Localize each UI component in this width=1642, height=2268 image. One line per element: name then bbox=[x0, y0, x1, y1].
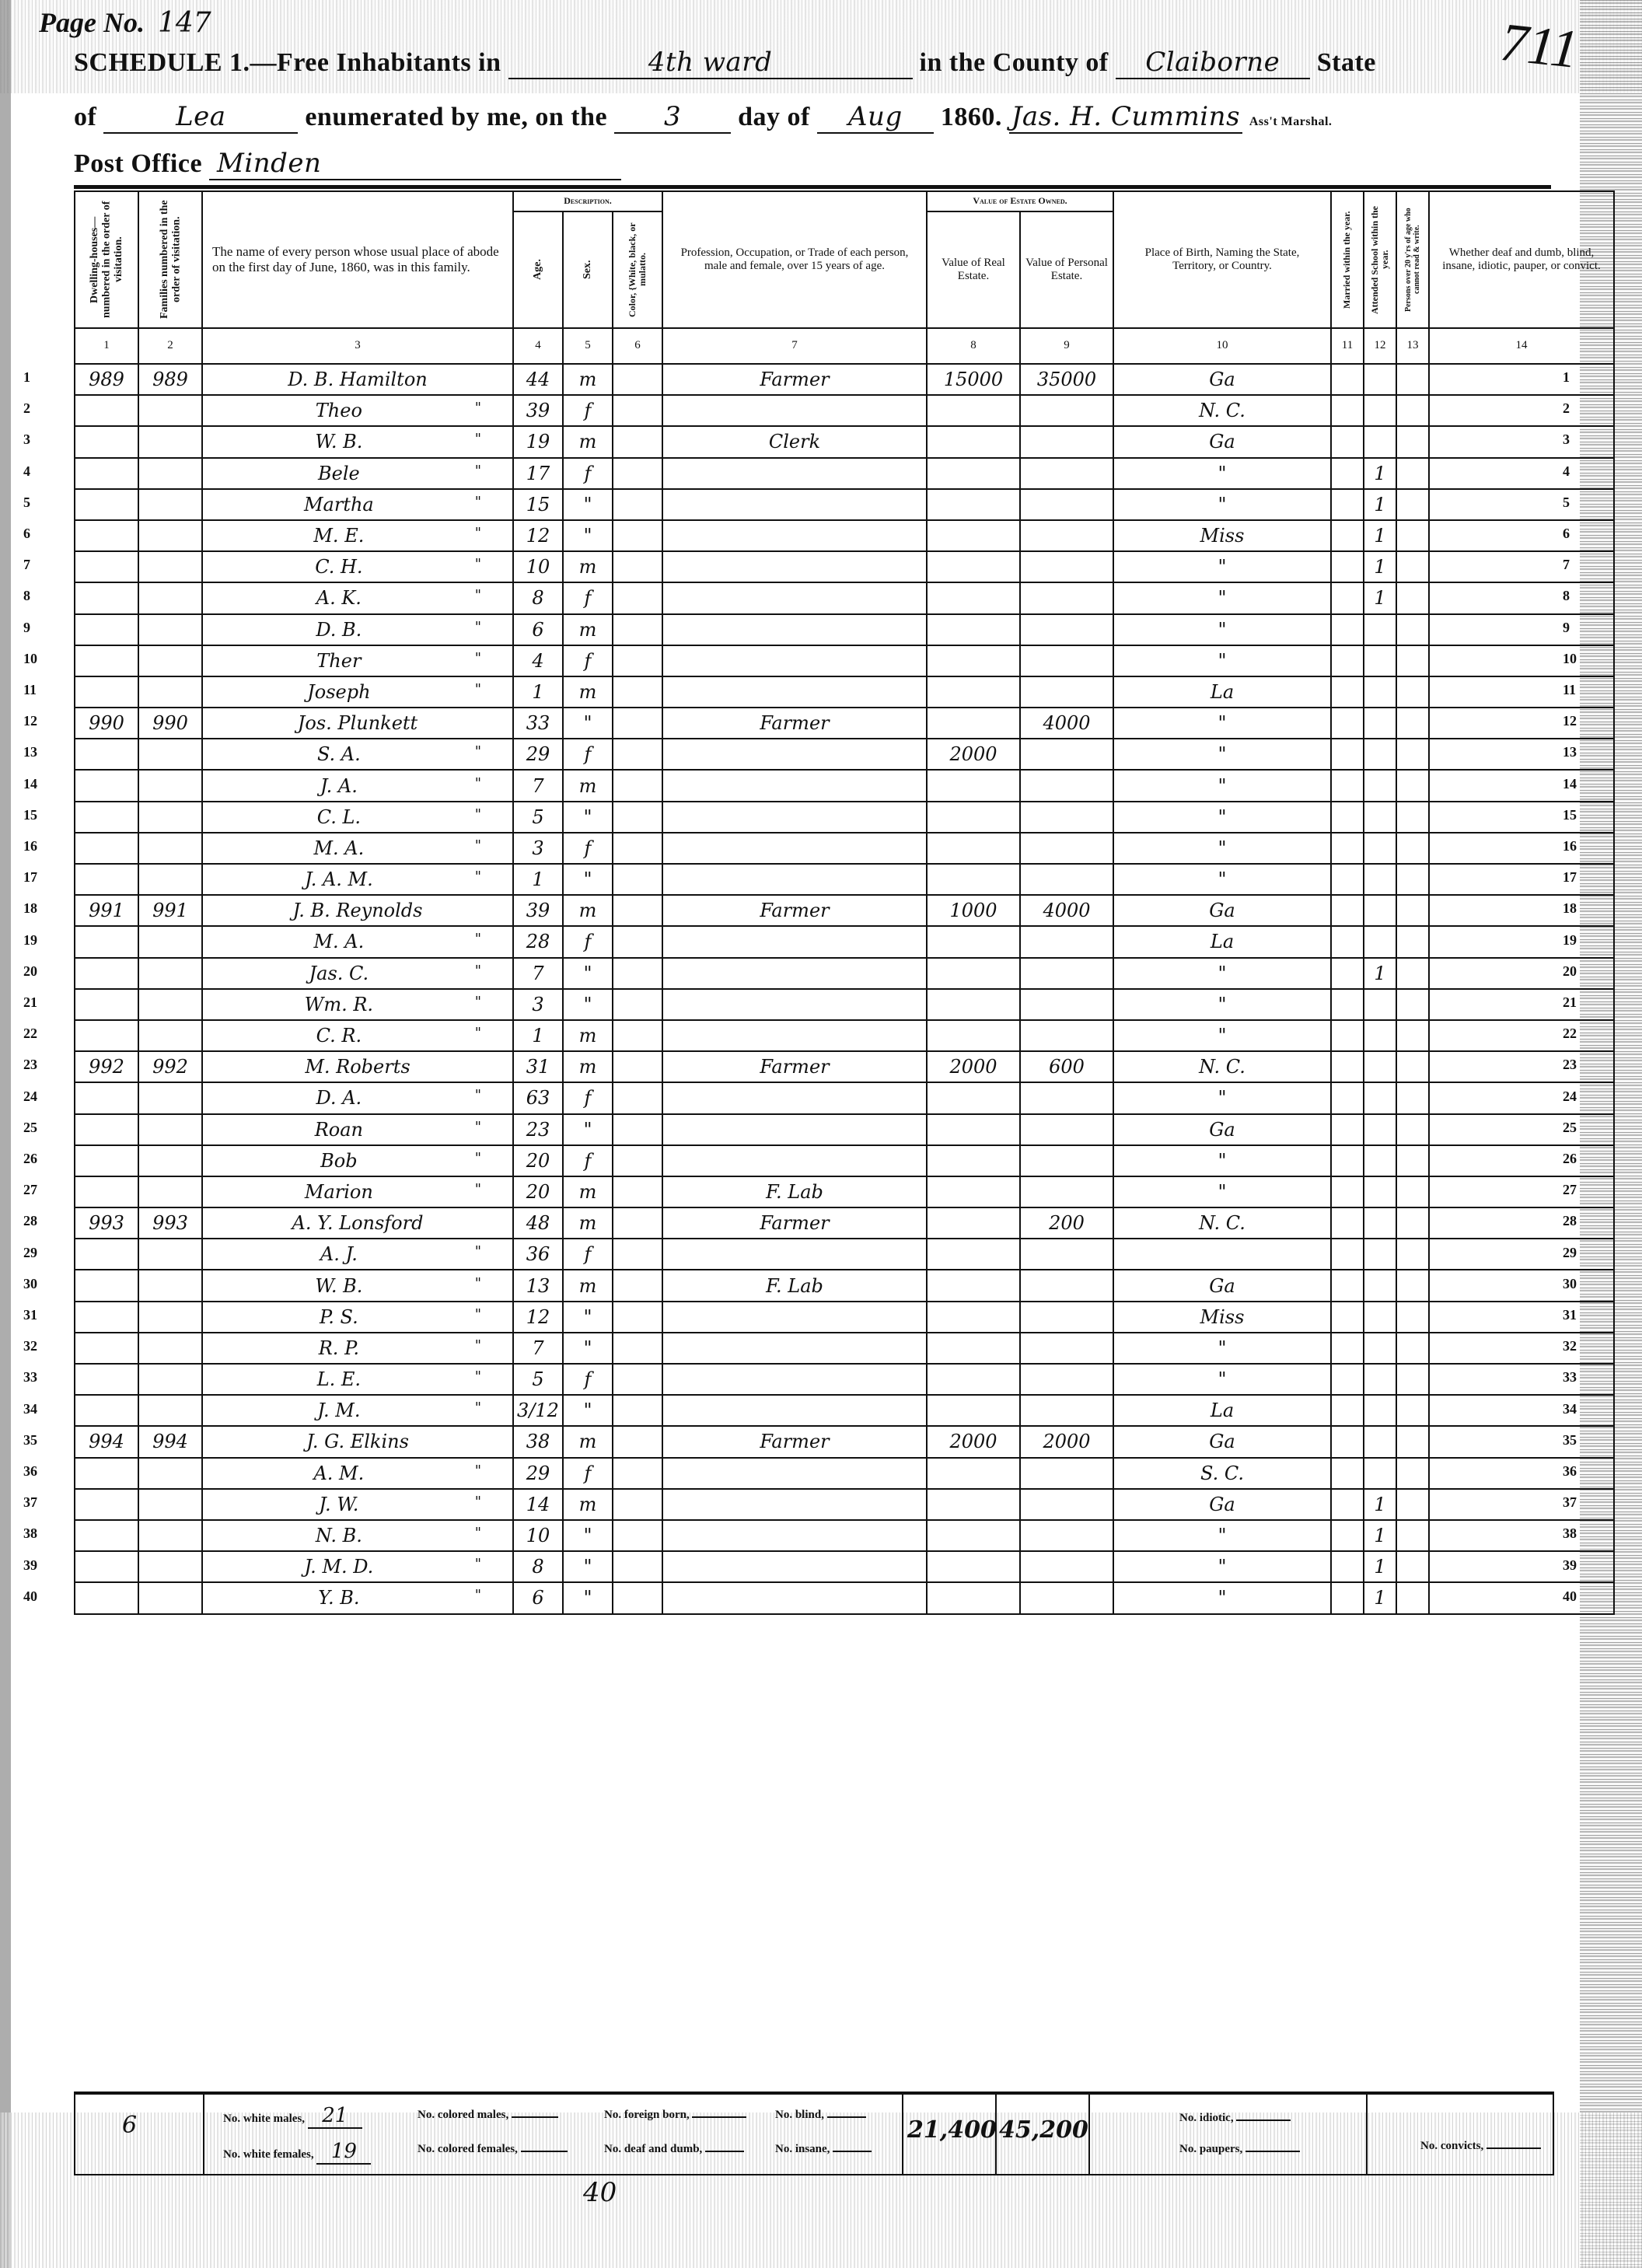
sex-cell: m bbox=[563, 614, 613, 645]
insane-field: No. insane, bbox=[775, 2143, 872, 2156]
family-number-cell: 991 bbox=[138, 895, 202, 926]
month-field: Aug bbox=[817, 101, 934, 134]
person-name-cell: Bele" bbox=[202, 458, 513, 489]
attended-school-cell bbox=[1364, 1270, 1396, 1301]
condition-cell bbox=[1429, 1239, 1614, 1270]
cannot-read-write-cell bbox=[1396, 1489, 1429, 1520]
person-name-cell: Bob" bbox=[202, 1145, 513, 1176]
person-name-cell: M. A." bbox=[202, 926, 513, 957]
real-estate-value-cell bbox=[927, 1333, 1020, 1364]
condition-cell bbox=[1429, 1270, 1614, 1301]
person-name: J. M. D. bbox=[304, 1556, 373, 1578]
condition-cell bbox=[1429, 1114, 1614, 1145]
person-name: Jos. Plunkett bbox=[298, 712, 417, 734]
occupation-cell: F. Lab bbox=[662, 1176, 927, 1207]
age-cell: 20 bbox=[513, 1145, 563, 1176]
sex-cell: " bbox=[563, 989, 613, 1020]
ditto-mark: " bbox=[475, 1275, 481, 1291]
white-males-value: 21 bbox=[308, 2104, 362, 2129]
column-number-row: 1234567891011121314 bbox=[75, 328, 1614, 364]
column-number: 8 bbox=[927, 328, 1020, 364]
family-number-cell bbox=[138, 582, 202, 613]
birthplace-cell: " bbox=[1113, 582, 1331, 613]
table-row: N. B."10""1 bbox=[75, 1520, 1614, 1551]
family-number-cell bbox=[138, 1302, 202, 1333]
married-within-year-cell bbox=[1331, 833, 1364, 864]
ditto-mark: " bbox=[475, 1243, 481, 1260]
person-name: M. A. bbox=[313, 931, 364, 952]
condition-cell bbox=[1429, 1364, 1614, 1395]
line-number: 40 bbox=[1563, 1588, 1577, 1605]
married-within-year-cell bbox=[1331, 1582, 1364, 1613]
table-row: C. H."10m"1 bbox=[75, 551, 1614, 582]
age-cell: 7 bbox=[513, 1333, 563, 1364]
sex-cell: f bbox=[563, 1082, 613, 1113]
cannot-read-write-cell bbox=[1396, 1051, 1429, 1082]
personal-estate-value-cell bbox=[1020, 1176, 1113, 1207]
cannot-read-write-cell bbox=[1396, 1082, 1429, 1113]
color-cell bbox=[613, 1239, 662, 1270]
ditto-mark: " bbox=[475, 1150, 481, 1166]
ditto-mark: " bbox=[475, 681, 481, 697]
family-number-cell bbox=[138, 614, 202, 645]
condition-cell bbox=[1429, 1302, 1614, 1333]
sex-cell: m bbox=[563, 1020, 613, 1051]
header-rule bbox=[74, 185, 1551, 189]
ditto-mark: " bbox=[475, 1525, 481, 1541]
attended-school-cell: 1 bbox=[1364, 551, 1396, 582]
table-row: W. B."13mF. LabGa bbox=[75, 1270, 1614, 1301]
marshal-signature: Jas. H. Cummins bbox=[1009, 101, 1242, 134]
ditto-mark: " bbox=[475, 1587, 481, 1603]
age-cell: 14 bbox=[513, 1489, 563, 1520]
attended-school-cell: 1 bbox=[1364, 1582, 1396, 1613]
attended-school-cell bbox=[1364, 645, 1396, 676]
condition-cell bbox=[1429, 1082, 1614, 1113]
person-name-cell: Jos. Plunkett bbox=[202, 708, 513, 739]
dwelling-number-cell bbox=[75, 645, 138, 676]
married-within-year-cell bbox=[1331, 489, 1364, 520]
condition-cell bbox=[1429, 895, 1614, 926]
cannot-read-write-cell bbox=[1396, 458, 1429, 489]
birthplace-cell: " bbox=[1113, 1333, 1331, 1364]
dwelling-number-cell bbox=[75, 1082, 138, 1113]
line-number: 26 bbox=[1563, 1151, 1577, 1167]
family-number-cell bbox=[138, 676, 202, 708]
paupers-label: No. paupers, bbox=[1179, 2143, 1242, 2155]
color-cell bbox=[613, 1489, 662, 1520]
color-cell bbox=[613, 864, 662, 895]
ditto-mark: " bbox=[475, 931, 481, 947]
condition-cell bbox=[1429, 958, 1614, 989]
sex-cell: m bbox=[563, 676, 613, 708]
dwelling-number-cell bbox=[75, 551, 138, 582]
person-name: M. Roberts bbox=[305, 1056, 410, 1078]
family-number-cell bbox=[138, 426, 202, 457]
color-cell bbox=[613, 1364, 662, 1395]
footer-divider bbox=[1088, 2095, 1090, 2174]
person-name-cell: M. A." bbox=[202, 833, 513, 864]
personal-estate-value-cell bbox=[1020, 551, 1113, 582]
married-within-year-cell bbox=[1331, 520, 1364, 551]
ditto-mark: " bbox=[475, 556, 481, 572]
table-row: R. P."7"" bbox=[75, 1333, 1614, 1364]
occupation-cell: F. Lab bbox=[662, 1270, 927, 1301]
sex-cell: " bbox=[563, 958, 613, 989]
color-cell bbox=[613, 395, 662, 426]
family-number-cell bbox=[138, 1364, 202, 1395]
married-within-year-cell bbox=[1331, 1426, 1364, 1457]
white-males-label: No. white males, bbox=[223, 2112, 305, 2125]
column-number: 11 bbox=[1331, 328, 1364, 364]
dwelling-number-cell bbox=[75, 1302, 138, 1333]
birthplace-cell: La bbox=[1113, 1395, 1331, 1426]
line-number: 36 bbox=[1563, 1463, 1577, 1480]
real-estate-value-cell bbox=[927, 958, 1020, 989]
family-number-cell bbox=[138, 1551, 202, 1582]
attended-school-cell bbox=[1364, 989, 1396, 1020]
condition-cell bbox=[1429, 1551, 1614, 1582]
attended-school-cell bbox=[1364, 833, 1396, 864]
line-number: 5 bbox=[23, 494, 30, 511]
cannot-read-write-cell bbox=[1396, 1333, 1429, 1364]
married-within-year-cell bbox=[1331, 708, 1364, 739]
age-cell: 8 bbox=[513, 582, 563, 613]
birthplace-cell: Ga bbox=[1113, 1489, 1331, 1520]
cannot-read-write-cell bbox=[1396, 958, 1429, 989]
person-name-cell: D. A." bbox=[202, 1082, 513, 1113]
dwelling-number-cell bbox=[75, 489, 138, 520]
color-cell bbox=[613, 1395, 662, 1426]
colored-females-label: No. colored females, bbox=[417, 2143, 518, 2155]
column-number: 3 bbox=[202, 328, 513, 364]
color-cell bbox=[613, 1582, 662, 1613]
person-name-cell: J. W." bbox=[202, 1489, 513, 1520]
line-number: 1 bbox=[1563, 369, 1570, 386]
post-office-label: Post Office bbox=[74, 149, 202, 178]
year-label: 1860. bbox=[941, 103, 1002, 131]
age-cell: 3 bbox=[513, 989, 563, 1020]
line-number: 23 bbox=[23, 1057, 37, 1073]
married-within-year-cell bbox=[1331, 770, 1364, 801]
table-row: J. A. M."1"" bbox=[75, 864, 1614, 895]
birthplace-cell: " bbox=[1113, 1551, 1331, 1582]
color-cell bbox=[613, 833, 662, 864]
ditto-mark: " bbox=[475, 1494, 481, 1510]
real-estate-value-cell bbox=[927, 426, 1020, 457]
division-field: 4th ward bbox=[508, 47, 913, 79]
line-number: 38 bbox=[23, 1525, 37, 1542]
condition-cell bbox=[1429, 645, 1614, 676]
occupation-cell bbox=[662, 989, 927, 1020]
age-cell: 17 bbox=[513, 458, 563, 489]
cannot-read-write-cell bbox=[1396, 364, 1429, 395]
real-estate-value-cell bbox=[927, 395, 1020, 426]
personal-estate-value-cell bbox=[1020, 864, 1113, 895]
ditto-mark: " bbox=[475, 1337, 481, 1354]
personal-estate-value-cell bbox=[1020, 802, 1113, 833]
line-number: 31 bbox=[23, 1307, 37, 1323]
line-number: 33 bbox=[1563, 1369, 1577, 1386]
attended-school-cell bbox=[1364, 1207, 1396, 1239]
table-row: 992992M. Roberts31mFarmer2000600N. C. bbox=[75, 1051, 1614, 1082]
sex-cell: m bbox=[563, 1270, 613, 1301]
personal-estate-value-cell bbox=[1020, 1302, 1113, 1333]
sex-cell: f bbox=[563, 458, 613, 489]
person-name: C. R. bbox=[316, 1025, 362, 1047]
family-number-cell bbox=[138, 1145, 202, 1176]
table-row: C. R."1m" bbox=[75, 1020, 1614, 1051]
age-cell: 7 bbox=[513, 770, 563, 801]
personal-estate-value-cell bbox=[1020, 926, 1113, 957]
personal-estate-value-cell bbox=[1020, 770, 1113, 801]
attended-school-cell bbox=[1364, 1239, 1396, 1270]
line-number: 21 bbox=[23, 994, 37, 1011]
cannot-read-write-cell bbox=[1396, 1582, 1429, 1613]
ditto-mark: " bbox=[475, 650, 481, 666]
line-number: 33 bbox=[23, 1369, 37, 1386]
sex-cell: m bbox=[563, 1051, 613, 1082]
line-number: 25 bbox=[1563, 1120, 1577, 1136]
married-within-year-cell bbox=[1331, 802, 1364, 833]
column-number: 13 bbox=[1396, 328, 1429, 364]
condition-cell bbox=[1429, 489, 1614, 520]
family-number-cell bbox=[138, 1239, 202, 1270]
table-row: Joseph"1mLa bbox=[75, 676, 1614, 708]
personal-estate-value-cell bbox=[1020, 458, 1113, 489]
birthplace-cell: " bbox=[1113, 802, 1331, 833]
footer-divider bbox=[203, 2095, 204, 2174]
table-row: Wm. R."3"" bbox=[75, 989, 1614, 1020]
occupation-cell bbox=[662, 958, 927, 989]
line-number: 35 bbox=[23, 1432, 37, 1449]
attended-school-cell bbox=[1364, 1302, 1396, 1333]
real-estate-value-cell bbox=[927, 708, 1020, 739]
age-cell: 39 bbox=[513, 895, 563, 926]
line-number: 25 bbox=[23, 1120, 37, 1136]
family-number-cell bbox=[138, 1270, 202, 1301]
dwelling-number-cell bbox=[75, 802, 138, 833]
age-cell: 1 bbox=[513, 676, 563, 708]
line-number: 11 bbox=[23, 682, 37, 698]
occupation-cell bbox=[662, 1520, 927, 1551]
persons-total-tally: 40 bbox=[583, 2177, 617, 2208]
color-cell bbox=[613, 1082, 662, 1113]
table-row: J. A."7m" bbox=[75, 770, 1614, 801]
birthplace-cell: " bbox=[1113, 770, 1331, 801]
col-name-header: The name of every person whose usual pla… bbox=[202, 191, 513, 328]
occupation-cell bbox=[662, 1145, 927, 1176]
person-name: A. K. bbox=[316, 587, 362, 609]
dwelling-number-cell bbox=[75, 739, 138, 770]
occupation-cell: Farmer bbox=[662, 1051, 927, 1082]
personal-estate-value-cell bbox=[1020, 739, 1113, 770]
birthplace-cell: " bbox=[1113, 1176, 1331, 1207]
real-estate-value-cell: 15000 bbox=[927, 364, 1020, 395]
person-name: D. A. bbox=[316, 1087, 362, 1109]
real-estate-value-cell bbox=[927, 1520, 1020, 1551]
person-name: Theo bbox=[316, 400, 362, 421]
personal-estate-value-cell bbox=[1020, 1114, 1113, 1145]
column-number: 12 bbox=[1364, 328, 1396, 364]
sex-cell: " bbox=[563, 708, 613, 739]
birthplace-cell: " bbox=[1113, 551, 1331, 582]
condition-cell bbox=[1429, 676, 1614, 708]
occupation-cell bbox=[662, 770, 927, 801]
line-number: 9 bbox=[23, 620, 30, 636]
real-estate-value-cell bbox=[927, 802, 1020, 833]
occupation-cell bbox=[662, 1082, 927, 1113]
birthplace-cell: Miss bbox=[1113, 520, 1331, 551]
married-within-year-cell bbox=[1331, 1458, 1364, 1489]
ditto-mark: " bbox=[475, 1119, 481, 1135]
cannot-read-write-cell bbox=[1396, 426, 1429, 457]
attended-school-cell: 1 bbox=[1364, 520, 1396, 551]
table-row: J. M. D."8""1 bbox=[75, 1551, 1614, 1582]
personal-estate-value-cell bbox=[1020, 1458, 1113, 1489]
dwelling-number-cell bbox=[75, 1145, 138, 1176]
married-within-year-cell bbox=[1331, 426, 1364, 457]
dwelling-number-cell bbox=[75, 926, 138, 957]
color-cell bbox=[613, 770, 662, 801]
condition-cell bbox=[1429, 1395, 1614, 1426]
line-number: 27 bbox=[1563, 1182, 1577, 1198]
col-school-header: Attended School within the year. bbox=[1364, 191, 1396, 328]
occupation-cell: Clerk bbox=[662, 426, 927, 457]
cannot-read-write-cell bbox=[1396, 1114, 1429, 1145]
attended-school-cell bbox=[1364, 770, 1396, 801]
cannot-read-write-cell bbox=[1396, 645, 1429, 676]
person-name: J. G. Elkins bbox=[306, 1431, 409, 1452]
attended-school-cell bbox=[1364, 1176, 1396, 1207]
married-within-year-cell bbox=[1331, 1176, 1364, 1207]
attended-school-cell bbox=[1364, 1333, 1396, 1364]
dwelling-number-cell bbox=[75, 1364, 138, 1395]
attended-school-cell bbox=[1364, 1020, 1396, 1051]
married-within-year-cell bbox=[1331, 395, 1364, 426]
person-name: W. B. bbox=[315, 1275, 362, 1297]
person-name: Marion bbox=[305, 1181, 373, 1203]
sex-cell: f bbox=[563, 926, 613, 957]
dwelling-number-cell bbox=[75, 1176, 138, 1207]
table-row: M. A."28fLa bbox=[75, 926, 1614, 957]
page-number: Page No. 147 bbox=[39, 6, 211, 39]
dwelling-number-cell: 992 bbox=[75, 1051, 138, 1082]
sex-cell: " bbox=[563, 1582, 613, 1613]
line-number: 20 bbox=[1563, 963, 1577, 980]
married-within-year-cell bbox=[1331, 1364, 1364, 1395]
personal-estate-value-cell bbox=[1020, 582, 1113, 613]
condition-cell bbox=[1429, 1582, 1614, 1613]
real-estate-value-cell bbox=[927, 1364, 1020, 1395]
line-number: 17 bbox=[1563, 869, 1577, 886]
person-name: C. L. bbox=[317, 806, 361, 828]
family-number-cell bbox=[138, 1520, 202, 1551]
cannot-read-write-cell bbox=[1396, 1239, 1429, 1270]
sex-cell: m bbox=[563, 1176, 613, 1207]
occupation-cell bbox=[662, 1114, 927, 1145]
married-within-year-cell bbox=[1331, 1145, 1364, 1176]
condition-cell bbox=[1429, 802, 1614, 833]
idiotic-label: No. idiotic, bbox=[1179, 2112, 1234, 2124]
occupation-cell bbox=[662, 551, 927, 582]
real-estate-total: 21,400 bbox=[907, 2116, 997, 2144]
married-within-year-cell bbox=[1331, 1333, 1364, 1364]
real-estate-value-cell: 2000 bbox=[927, 739, 1020, 770]
color-cell bbox=[613, 458, 662, 489]
person-name-cell: Theo" bbox=[202, 395, 513, 426]
ditto-mark: " bbox=[475, 1368, 481, 1385]
dwelling-number-cell bbox=[75, 1333, 138, 1364]
real-estate-value-cell bbox=[927, 1395, 1020, 1426]
column-number: 9 bbox=[1020, 328, 1113, 364]
occupation-cell: Farmer bbox=[662, 1426, 927, 1457]
family-number-cell: 994 bbox=[138, 1426, 202, 1457]
person-name-cell: Joseph" bbox=[202, 676, 513, 708]
age-cell: 28 bbox=[513, 926, 563, 957]
color-cell bbox=[613, 1458, 662, 1489]
condition-cell bbox=[1429, 1333, 1614, 1364]
personal-estate-value-cell bbox=[1020, 1145, 1113, 1176]
birthplace-cell: " bbox=[1113, 1020, 1331, 1051]
table-row: 990990Jos. Plunkett33"Farmer4000" bbox=[75, 708, 1614, 739]
real-estate-value-cell bbox=[927, 989, 1020, 1020]
dwelling-number-cell bbox=[75, 395, 138, 426]
sex-cell: f bbox=[563, 582, 613, 613]
birthplace-cell: " bbox=[1113, 958, 1331, 989]
person-name: D. B. bbox=[316, 619, 362, 641]
married-within-year-cell bbox=[1331, 1207, 1364, 1239]
sex-cell: f bbox=[563, 395, 613, 426]
table-row: A. M."29fS. C. bbox=[75, 1458, 1614, 1489]
age-cell: 39 bbox=[513, 395, 563, 426]
condition-cell bbox=[1429, 926, 1614, 957]
color-cell bbox=[613, 1114, 662, 1145]
birthplace-cell: N. C. bbox=[1113, 395, 1331, 426]
sex-cell: " bbox=[563, 802, 613, 833]
birthplace-cell: " bbox=[1113, 1082, 1331, 1113]
person-name: C. H. bbox=[315, 556, 362, 578]
color-cell bbox=[613, 551, 662, 582]
line-number: 14 bbox=[23, 776, 37, 792]
married-within-year-cell bbox=[1331, 739, 1364, 770]
condition-cell bbox=[1429, 458, 1614, 489]
post-office-field: Minden bbox=[209, 148, 621, 180]
cannot-read-write-cell bbox=[1396, 708, 1429, 739]
age-cell: 63 bbox=[513, 1082, 563, 1113]
occupation-cell bbox=[662, 1582, 927, 1613]
ditto-mark: " bbox=[475, 743, 481, 760]
sex-cell: f bbox=[563, 739, 613, 770]
dwelling-number-cell bbox=[75, 614, 138, 645]
scan-edge-left bbox=[0, 0, 11, 2268]
col-dwelling-header: Dwelling-houses—numbered in the order of… bbox=[75, 191, 138, 328]
real-estate-value-cell bbox=[927, 1489, 1020, 1520]
occupation-cell bbox=[662, 1489, 927, 1520]
line-number: 22 bbox=[23, 1026, 37, 1042]
line-number: 20 bbox=[23, 963, 37, 980]
line-number: 22 bbox=[1563, 1026, 1577, 1042]
family-number-cell bbox=[138, 1333, 202, 1364]
line-number: 37 bbox=[1563, 1494, 1577, 1511]
married-within-year-cell bbox=[1331, 1239, 1364, 1270]
line-number: 37 bbox=[23, 1494, 37, 1511]
line-number: 34 bbox=[1563, 1401, 1577, 1417]
condition-cell bbox=[1429, 989, 1614, 1020]
line-number: 19 bbox=[23, 932, 37, 949]
county-field: Claiborne bbox=[1116, 47, 1310, 79]
real-estate-value-cell bbox=[927, 1114, 1020, 1145]
